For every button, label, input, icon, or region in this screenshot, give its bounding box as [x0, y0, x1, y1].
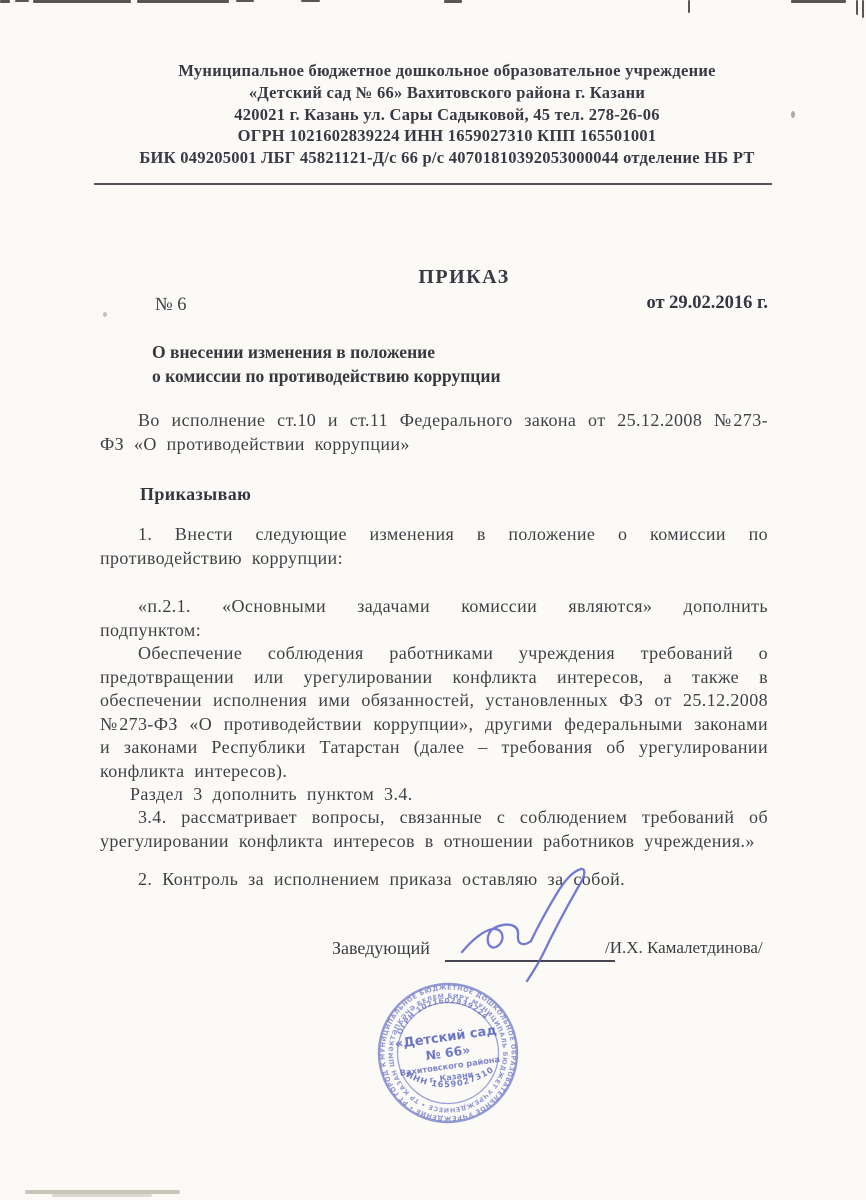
paragraph-clause-2-1: «п.2.1. «Основными задачами комиссии явл… — [100, 595, 768, 642]
order-subject: О внесении изменения в положение о комис… — [152, 340, 501, 388]
letterhead-line: ОГРН 1021602839224 ИНН 1659027310 КПП 16… — [86, 125, 808, 147]
scan-artifact — [137, 0, 229, 3]
order-subject-line: о комиссии по противодействию коррупции — [152, 364, 501, 388]
letterhead-line: «Детский сад № 66» Вахитовского района г… — [86, 82, 808, 104]
header-divider — [94, 183, 772, 185]
signature-name: /И.Х. Камалетдинова/ — [605, 938, 763, 958]
scan-artifact — [862, 0, 864, 18]
scan-artifact — [15, 0, 29, 2]
paragraph-subclause-text: Обеспечение соблюдения работниками учреж… — [100, 642, 768, 783]
letterhead-line: Муниципальное бюджетное дошкольное образ… — [86, 60, 808, 82]
letterhead: Муниципальное бюджетное дошкольное образ… — [86, 60, 808, 169]
scan-artifact — [301, 0, 320, 2]
scan-artifact — [444, 0, 462, 3]
order-date: от 29.02.2016 г. — [646, 293, 768, 314]
order-subject-line: О внесении изменения в положение — [152, 340, 501, 364]
scan-artifact — [0, 0, 10, 3]
paragraph-orders-keyword: Приказываю — [100, 483, 808, 507]
scan-artifact — [688, 0, 690, 13]
scanned-order-page: Муниципальное бюджетное дошкольное образ… — [0, 0, 866, 1200]
letterhead-line: БИК 049205001 ЛБГ 45821121-Д/с 66 р/с 40… — [86, 147, 808, 169]
letterhead-line: 420021 г. Казань ул. Сары Садыковой, 45 … — [86, 104, 808, 126]
order-number: № 6 — [155, 295, 187, 316]
paragraph-section-3: Раздел 3 дополнить пунктом 3.4. — [100, 783, 768, 807]
scan-speck — [103, 312, 107, 317]
scan-artifact — [236, 0, 254, 2]
order-title: ПРИКАЗ — [100, 266, 794, 289]
paragraph-item-1: 1. Внести следующие изменения в положени… — [100, 523, 768, 570]
official-round-stamp: МУНИЦИПАЛЬНОЕ БЮДЖЕТНОЕ ДОШКОЛЬНОЕ ОБРАЗ… — [338, 943, 558, 1163]
paragraph-item-2: 2. Контроль за исполнением приказа остав… — [100, 868, 768, 892]
scan-artifact — [791, 0, 846, 3]
paragraph-preamble: Во исполнение ст.10 и ст.11 Федерального… — [100, 409, 768, 456]
paragraph-clause-3-4: 3.4. рассматривает вопросы, связанные с … — [100, 806, 768, 853]
scan-artifact — [33, 0, 131, 3]
scan-smudge — [52, 1194, 152, 1197]
scan-artifact — [856, 0, 858, 15]
